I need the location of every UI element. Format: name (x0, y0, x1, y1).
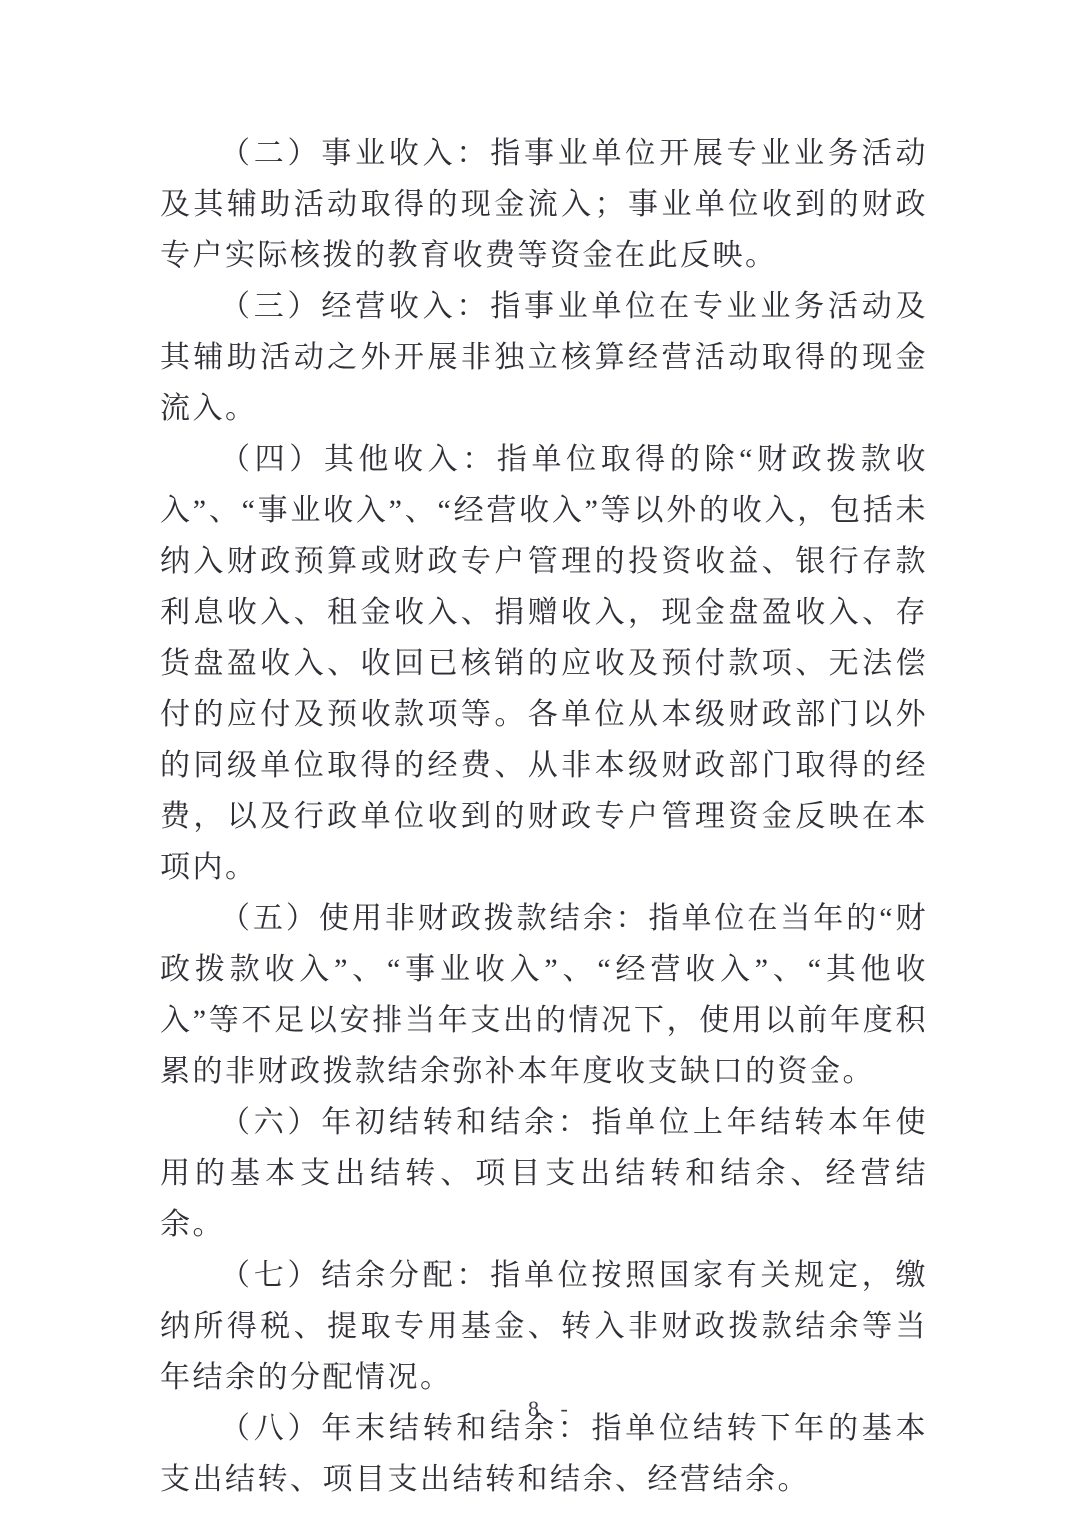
page-footer: - 8 - (0, 1396, 1075, 1422)
paragraph-item-4-qita-shouru: （四）其他收入：指单位取得的除“财政拨款收入”、“事业收入”、“经营收入”等以外… (160, 434, 928, 893)
paragraph-item-3-jingying-shouru: （三）经营收入：指事业单位在专业业务活动及其辅助活动之外开展非独立核算经营活动取… (160, 281, 928, 434)
paragraph-item-7-jieyu-fenpei: （七）结余分配：指单位按照国家有关规定，缴纳所得税、提取专用基金、转入非财政拨款… (160, 1250, 928, 1403)
document-page: （二）事业收入：指事业单位开展专业业务活动及其辅助活动取得的现金流入；事业单位收… (0, 0, 1075, 1520)
document-body: （二）事业收入：指事业单位开展专业业务活动及其辅助活动取得的现金流入；事业单位收… (160, 128, 928, 1505)
page-number: - 8 - (499, 1396, 576, 1421)
paragraph-item-6-nianchu-jiezhuan: （六）年初结转和结余：指单位上年结转本年使用的基本支出结转、项目支出结转和结余、… (160, 1097, 928, 1250)
paragraph-item-5-shiyong-feicaizheng: （五）使用非财政拨款结余：指单位在当年的“财政拨款收入”、“事业收入”、“经营收… (160, 893, 928, 1097)
paragraph-item-2-shiye-shouru: （二）事业收入：指事业单位开展专业业务活动及其辅助活动取得的现金流入；事业单位收… (160, 128, 928, 281)
